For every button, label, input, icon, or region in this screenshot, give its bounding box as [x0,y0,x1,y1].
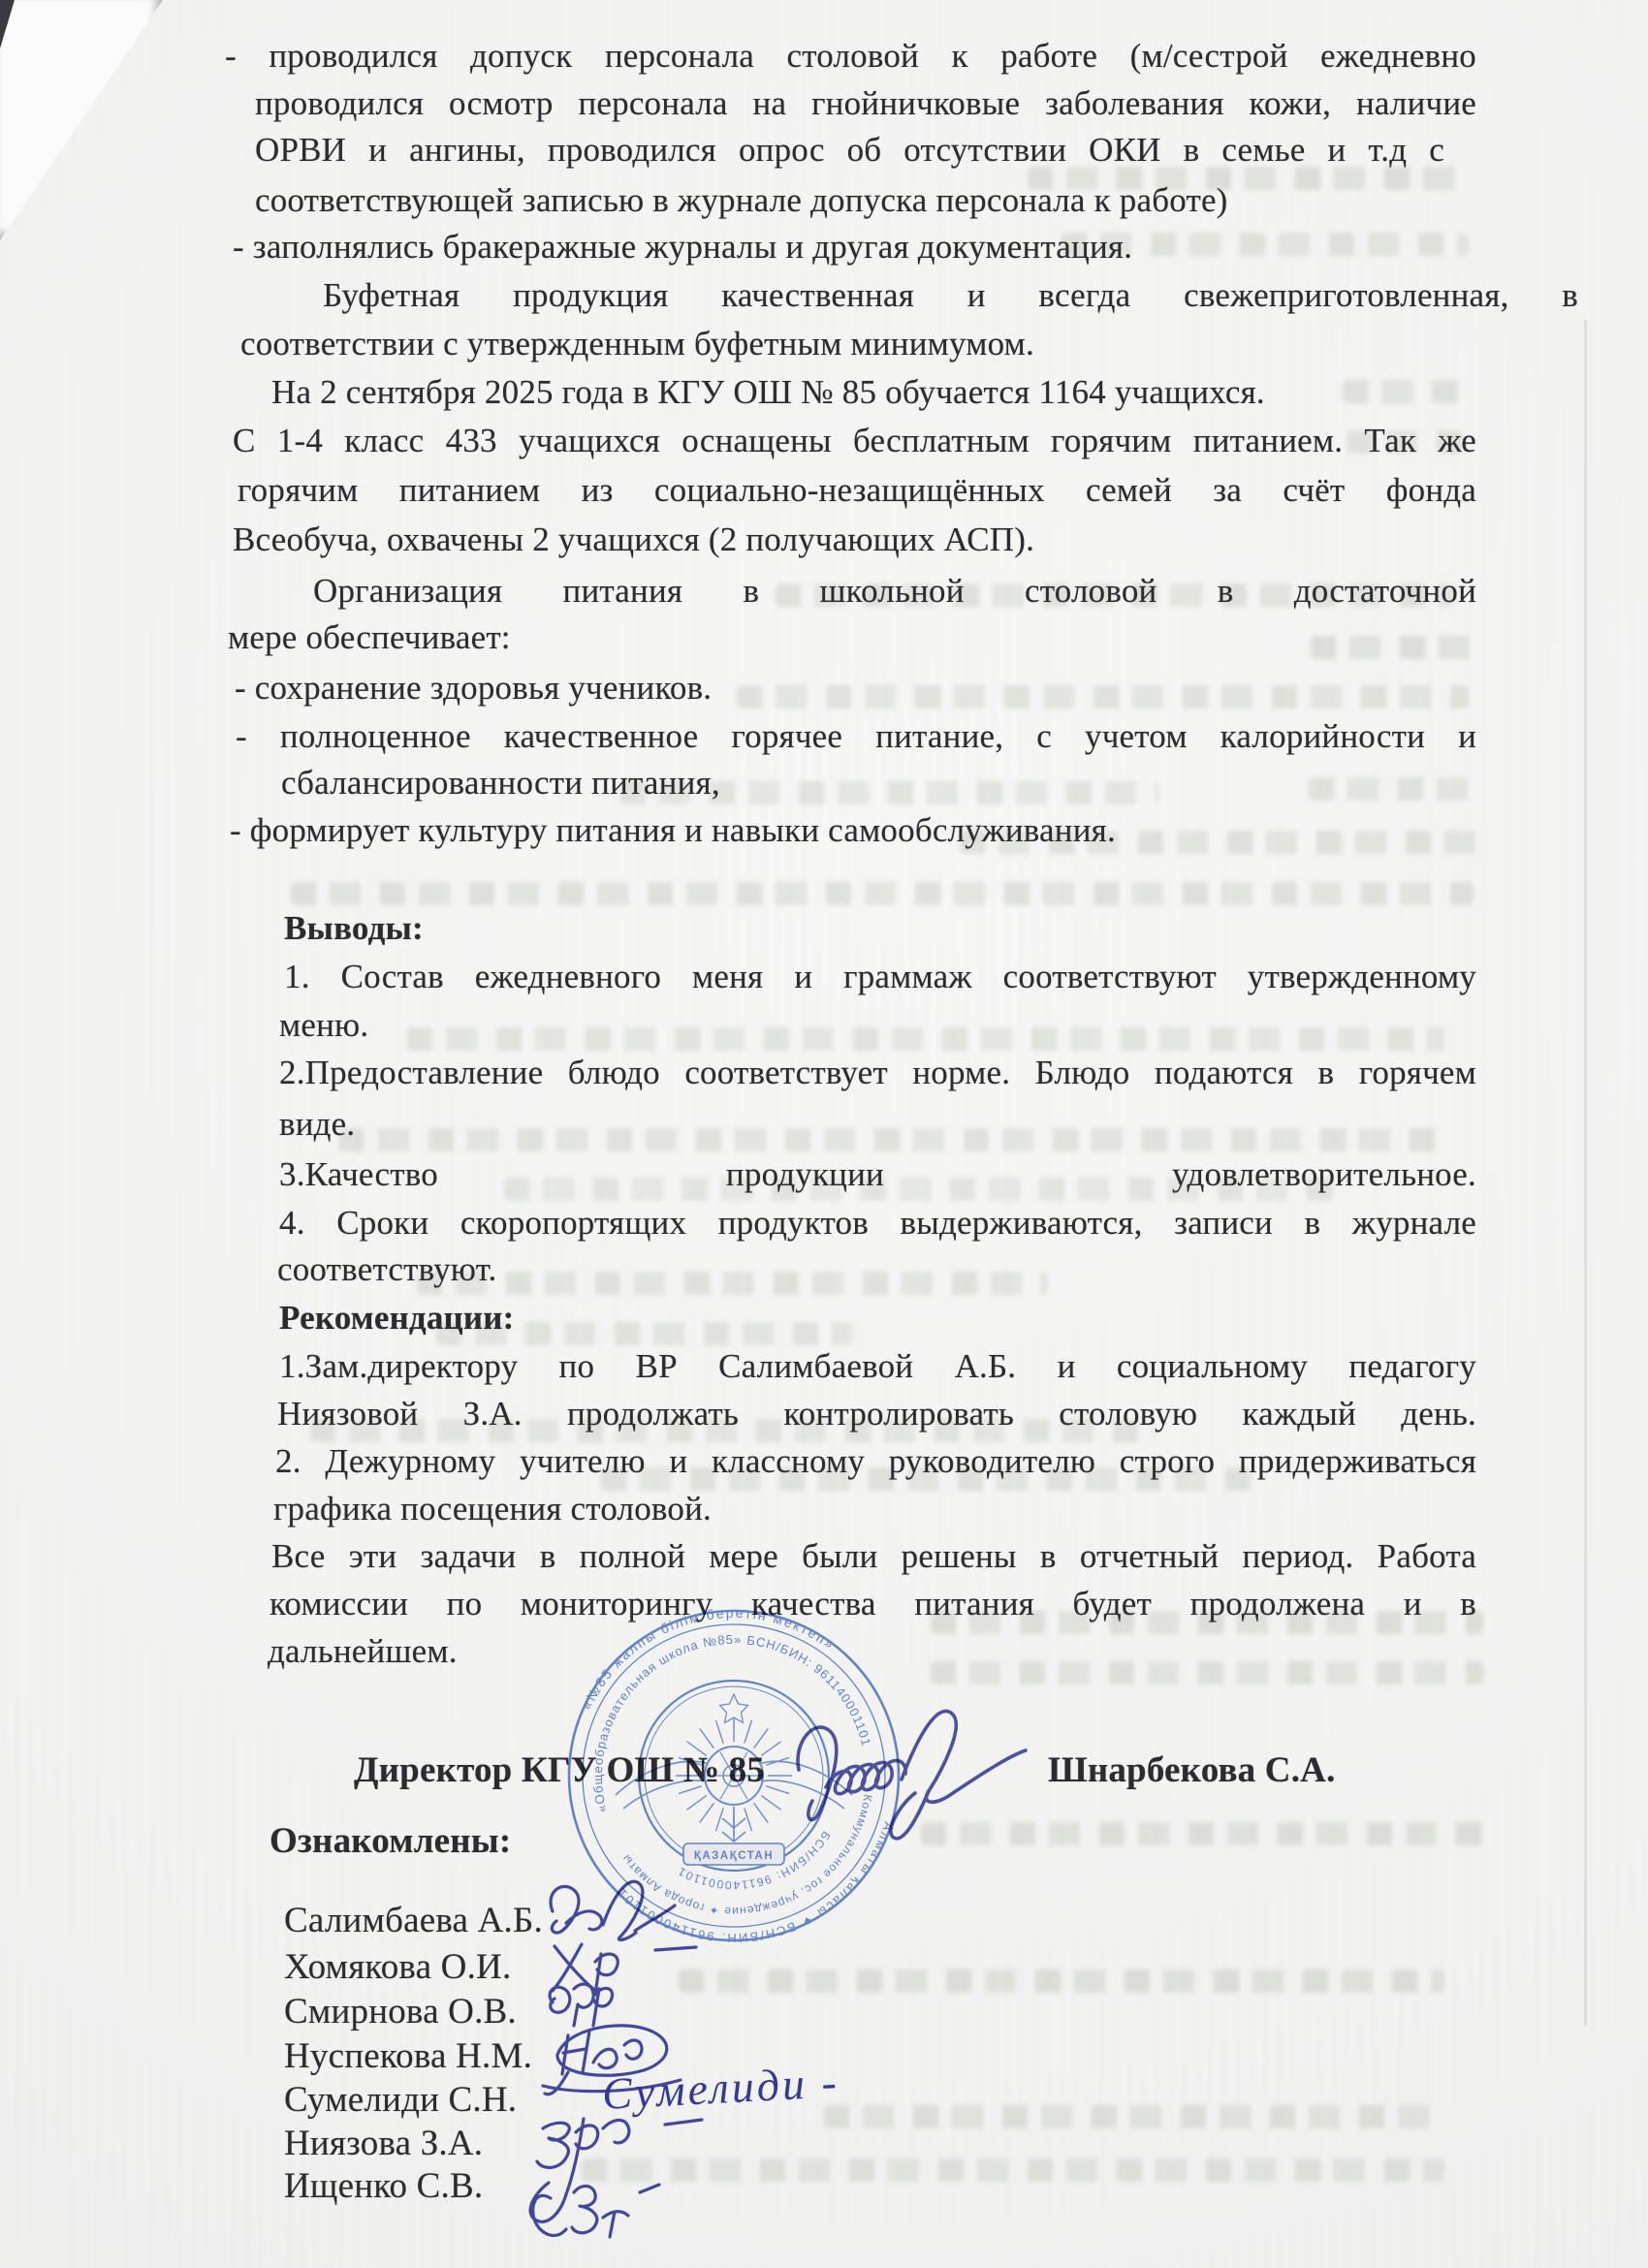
document-line: - проводился допуск персонала столовой к… [225,33,1476,79]
document-line: - заполнялись бракеражные журналы и друг… [233,224,1132,270]
document-line: сбалансированности питания, [281,760,720,806]
document-line: Выводы: [284,905,424,952]
bleed-through-artifact [824,2105,1435,2128]
document-line: 1. Состав ежедневного меня и граммаж соо… [284,954,1476,1000]
signature-smirnova [550,1984,613,2026]
document-line: - формирует культуру питания и навыки са… [230,807,1116,854]
document-line: - полноценное качественное горячее питан… [236,713,1476,760]
document-line: графика посещения столовой. [273,1486,712,1532]
acknowledged-name: Ниязова З.А. [284,2121,483,2167]
document-line: дальнейшем. [268,1628,458,1675]
bleed-through-artifact [291,882,1474,905]
bleed-through-artifact [1309,777,1472,801]
acknowledged-name: Нуспекова Н.М. [284,2033,532,2080]
document-line: 4. Сроки скоропортящих продуктов выдержи… [279,1200,1476,1246]
director-name: Шнарбекова С.А. [1048,1748,1336,1794]
bleed-through-artifact [417,1272,1047,1295]
document-line: мере обеспечивает: [228,614,511,661]
document-line: Все эти задачи в полной мере были решены… [271,1533,1476,1580]
official-round-stamp-icon: «№85 жалпы білім беретін мектеп» Алматы … [559,1601,908,1950]
document-line: - сохранение здоровья учеников. [235,665,712,711]
document-line: горячим питанием из социально-незащищённ… [238,467,1476,514]
document-line: 1.Зам.директору по ВР Салимбаевой А.Б. и… [279,1343,1476,1390]
document-line: Ниязовой З.А. продолжать контролировать … [277,1391,1476,1437]
document-line: Буфетная продукция качественная и всегда… [323,272,1578,319]
bleed-through-artifact [679,1969,1444,1993]
document-line: соответствии с утвержденным буфетным мин… [240,321,1034,367]
bleed-through-artifact [339,1128,1444,1151]
scan-streak [1584,320,1587,2026]
document-line: ОРВИ и ангины, проводился опрос об отсут… [255,127,1444,173]
acknowledged-heading: Ознакомлены: [269,1818,511,1865]
acknowledged-name: Ищенко С.В. [284,2163,483,2210]
bleed-through-artifact [582,2158,1444,2182]
acknowledged-name: Смирнова О.В. [284,1989,517,2035]
document-line: Организация питания в школьной столовой … [313,568,1476,614]
signature-ishchenko [533,2185,659,2237]
document-line: соответствующей записью в журнале допуск… [255,177,1228,224]
acknowledged-name: Хомякова О.И. [284,1944,511,1991]
signature-sumelidi: Сумелиди - [601,2057,840,2119]
bleed-through-artifact [1311,636,1471,659]
acknowledged-name: Салимбаева А.Б. [284,1898,543,1944]
acknowledged-name: Сумелиди С.Н. [284,2077,517,2124]
bleed-through-artifact [407,1027,1444,1051]
document-line: 2.Предоставление блюдо соответствует нор… [279,1050,1476,1096]
document-line: меню. [279,1002,368,1049]
document-line: На 2 сентября 2025 года в КГУ ОШ № 85 об… [271,369,1265,416]
bleed-through-artifact [1343,380,1469,403]
document-line: 2. Дежурному учителю и классному руковод… [275,1438,1476,1485]
signature-nuspekova [543,2026,681,2095]
document-line: 3.Качество продукции удовлетворительное. [279,1151,1476,1198]
page-corner-fold [0,0,163,240]
document-line: С 1-4 класс 433 учащихся оснащены беспла… [233,418,1476,464]
stamp-banner-text: ҚАЗАҚСТАН [694,1850,774,1862]
document-line: Всеобуча, охвачены 2 учащихся (2 получаю… [233,517,1034,563]
bleed-through-artifact [737,685,1469,709]
document-line: проводился осмотр персонала на гнойничко… [255,80,1476,127]
document-line: Рекомендации: [279,1295,515,1341]
document-line: соответствуют. [277,1246,497,1293]
signature-khomyakova [553,1944,696,1995]
scanned-report-page: - проводился допуск персонала столовой к… [0,0,1648,2268]
bleed-through-artifact [931,1661,1483,1685]
bleed-through-artifact [921,1822,1488,1845]
document-line: виде. [279,1101,355,1148]
